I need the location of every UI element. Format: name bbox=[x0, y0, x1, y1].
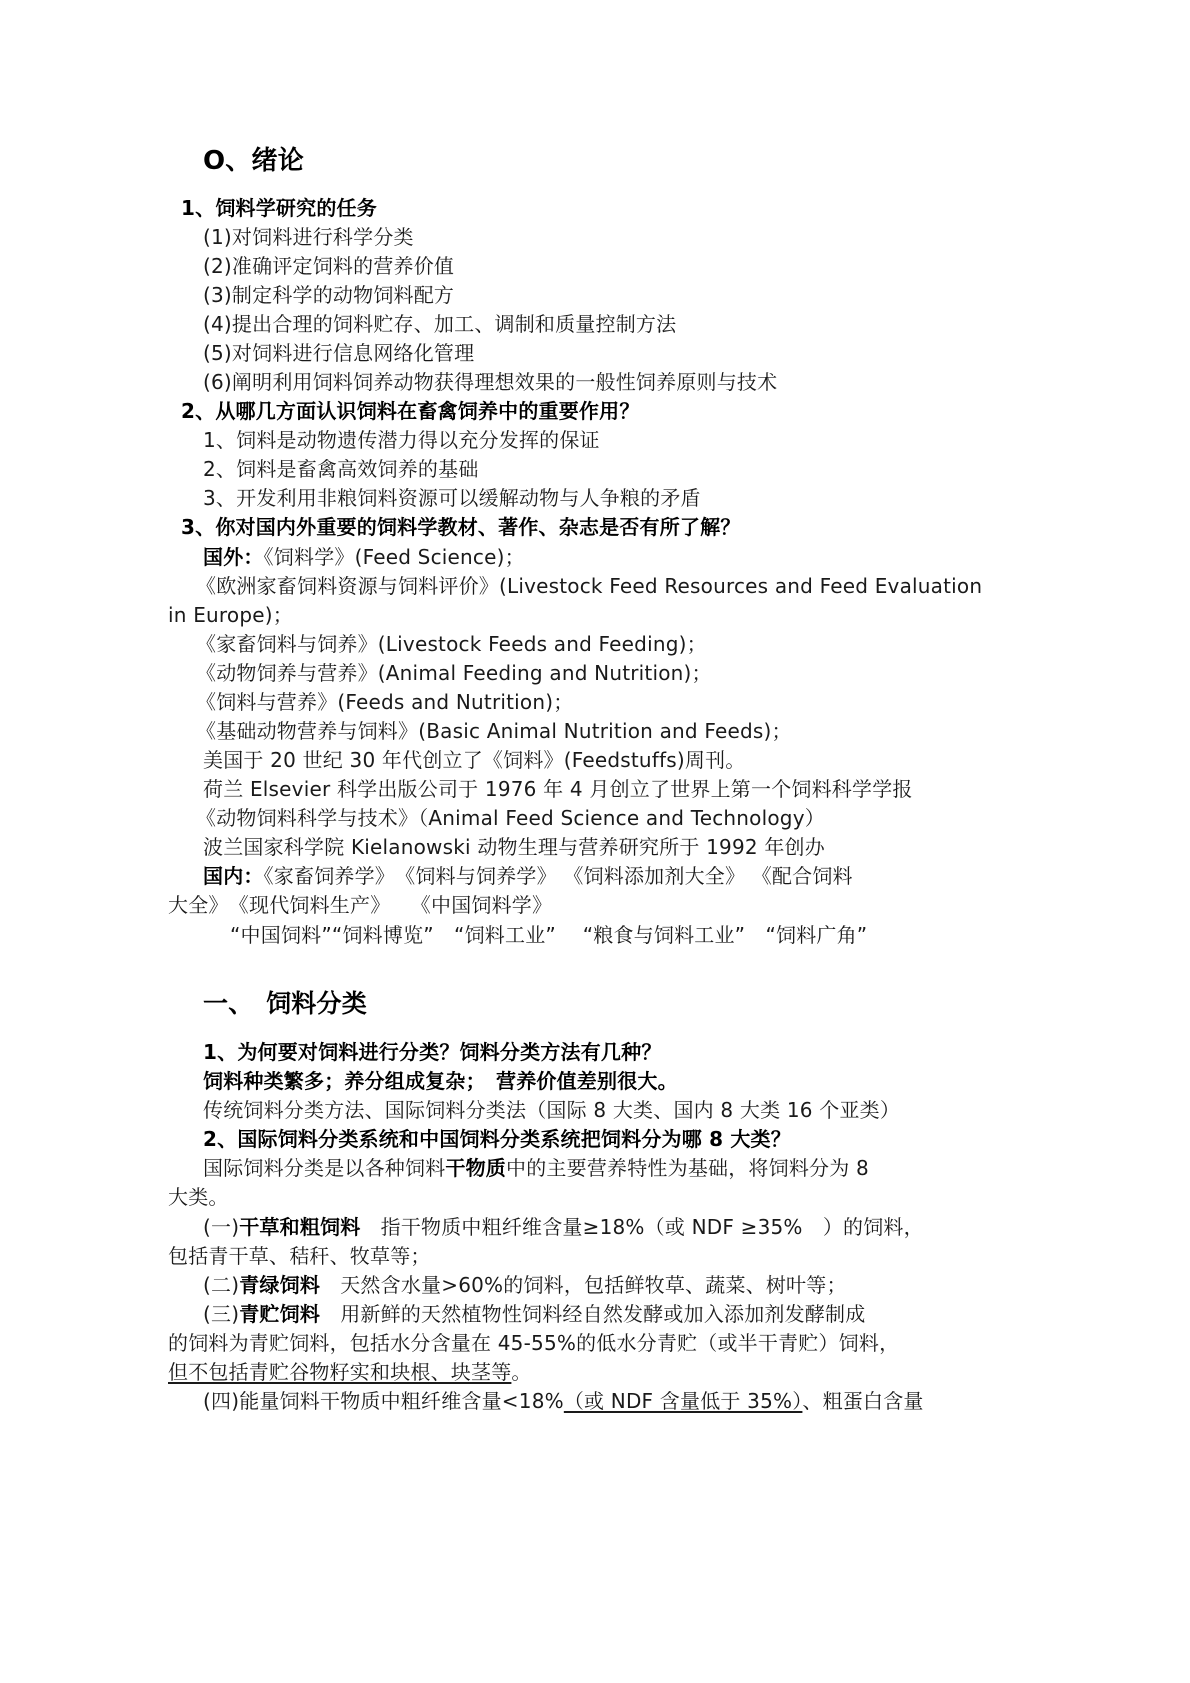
list-item: (3)制定科学的动物饲料配方 bbox=[203, 281, 454, 309]
category-number: (一) bbox=[203, 1215, 239, 1239]
category-description: 用新鲜的天然植物性饲料经自然发酵或加入添加剂发酵制成 bbox=[320, 1302, 865, 1326]
category-name: 青绿饲料 bbox=[239, 1273, 320, 1297]
category-3-continued: 的饲料为青贮饲料，包括水分含量在 45-55%的低水分青贮（或半干青贮）饲料， bbox=[168, 1329, 899, 1357]
list-item: (5)对饲料进行信息网络化管理 bbox=[203, 339, 474, 367]
foreign-label: 国外： bbox=[203, 545, 264, 569]
foreign-books-line: 国外：《饲料学》(Feed Science)； bbox=[203, 543, 525, 571]
list-item: 1、饲料是动物遗传潜力得以充分发挥的保证 bbox=[203, 426, 600, 454]
journal-note: 美国于 20 世纪 30 年代创立了《饲料》(Feedstuffs)周刊。 bbox=[203, 746, 746, 774]
underlined-text: （或 NDF 含量低于 35%） bbox=[564, 1389, 803, 1413]
book-title: 《基础动物营养与饲料》(Basic Animal Nutrition and F… bbox=[196, 717, 792, 745]
journal-note: 《动物饲料科学与技术》（Animal Feed Science and Tech… bbox=[196, 804, 825, 832]
book-title: 《饲料与营养》(Feeds and Nutrition)； bbox=[196, 688, 573, 716]
emphasis-dry-matter: 干物质 bbox=[445, 1156, 506, 1180]
list-item: (6)阐明利用饲料饲养动物获得理想效果的一般性饲养原则与技术 bbox=[203, 368, 777, 396]
section-title-intro: O、绪论 bbox=[203, 147, 304, 175]
question-heading-1: 1、为何要对饲料进行分类？饲料分类方法有几种？ bbox=[203, 1038, 662, 1066]
category-3: (三)青贮饲料 用新鲜的天然植物性饲料经自然发酵或加入添加剂发酵制成 bbox=[203, 1300, 865, 1328]
category-description: (四)能量饲料干物质中粗纤维含量<18% bbox=[203, 1389, 564, 1413]
list-item: 2、饲料是畜禽高效饲养的基础 bbox=[203, 455, 479, 483]
magazine-list: “中国饲料”“饲料博览” “饲料工业” “粮食与饲料工业” “饲料广角” bbox=[230, 921, 867, 949]
category-2: (二)青绿饲料 天然含水量>60%的饲料，包括鲜牧草、蔬菜、树叶等； bbox=[203, 1271, 847, 1299]
text: 。 bbox=[511, 1360, 531, 1384]
book-list-continued: 大全》 《现代饲料生产》 《中国饲料学》 bbox=[168, 891, 552, 919]
book-title: 《动物饲养与营养》(Animal Feeding and Nutrition)； bbox=[196, 659, 712, 687]
intro-paragraph-continued: 大类。 bbox=[168, 1183, 229, 1211]
domestic-label: 国内： bbox=[203, 864, 264, 888]
document-page: O、绪论 1、饲料学研究的任务 (1)对饲料进行科学分类 (2)准确评定饲料的营… bbox=[0, 0, 1190, 1683]
category-1-continued: 包括青干草、秸秆、牧草等； bbox=[168, 1242, 431, 1270]
intro-paragraph: 国际饲料分类是以各种饲料干物质中的主要营养特性为基础，将饲料分为 8 bbox=[203, 1154, 869, 1182]
classification-methods: 传统饲料分类方法、国际饲料分类法（国际 8 大类、国内 8 大类 16 个亚类） bbox=[203, 1096, 900, 1124]
question-heading-2: 2、从哪几方面认识饲料在畜禽饲养中的重要作用？ bbox=[181, 397, 640, 425]
section-title-classification: 一、 饲料分类 bbox=[203, 990, 367, 1018]
text: 中的主要营养特性为基础，将饲料分为 8 bbox=[506, 1156, 869, 1180]
answer-bold: 饲料种类繁多；养分组成复杂； 营养价值差别很大。 bbox=[203, 1067, 678, 1095]
category-number: (三) bbox=[203, 1302, 239, 1326]
question-heading-2: 2、国际饲料分类系统和中国饲料分类系统把饲料分为哪 8 大类？ bbox=[203, 1125, 791, 1153]
category-name: 干草和粗饲料 bbox=[239, 1215, 360, 1239]
book-title: 《家畜饲料与饲养》(Livestock Feeds and Feeding)； bbox=[196, 630, 707, 658]
list-item: (4)提出合理的饲料贮存、加工、调制和质量控制方法 bbox=[203, 310, 676, 338]
list-item: 3、开发利用非粮饲料资源可以缓解动物与人争粮的矛盾 bbox=[203, 484, 701, 512]
category-description: 天然含水量>60%的饲料，包括鲜牧草、蔬菜、树叶等； bbox=[320, 1273, 847, 1297]
domestic-books-line: 国内：《家畜饲养学》 《饲料与饲养学》 《饲料添加剂大全》 《配合饲料 bbox=[203, 862, 853, 890]
book-list: 《家畜饲养学》 《饲料与饲养学》 《饲料添加剂大全》 《配合饲料 bbox=[264, 864, 853, 888]
journal-note: 波兰国家科学院 Kielanowski 动物生理与营养研究所于 1992 年创办 bbox=[203, 833, 825, 861]
book-title-continued: in Europe)； bbox=[168, 601, 293, 629]
book-title: 《欧洲家畜饲料资源与饲料评价》(Livestock Feed Resources… bbox=[196, 572, 982, 600]
question-heading-3: 3、你对国内外重要的饲料学教材、著作、杂志是否有所了解？ bbox=[181, 513, 741, 541]
journal-note: 荷兰 Elsevier 科学出版公司于 1976 年 4 月创立了世界上第一个饲… bbox=[203, 775, 913, 803]
question-heading-1: 1、饲料学研究的任务 bbox=[181, 194, 377, 222]
category-1: (一)干草和粗饲料 指干物质中粗纤维含量≥18%（或 NDF ≥35% ）的饲料… bbox=[203, 1213, 924, 1241]
book-title: 《饲料学》(Feed Science)； bbox=[264, 545, 525, 569]
category-name: 青贮饲料 bbox=[239, 1302, 320, 1326]
category-description: 指干物质中粗纤维含量≥18%（或 NDF ≥35% ）的饲料， bbox=[360, 1215, 923, 1239]
text: 国际饲料分类是以各种饲料 bbox=[203, 1156, 445, 1180]
category-3-continued: 但不包括青贮谷物籽实和块根、块茎等。 bbox=[168, 1358, 532, 1386]
underlined-text: 但不包括青贮谷物籽实和块根、块茎等 bbox=[168, 1360, 511, 1384]
list-item: (1)对饲料进行科学分类 bbox=[203, 223, 414, 251]
category-description: 、粗蛋白含量 bbox=[802, 1389, 923, 1413]
category-4: (四)能量饲料干物质中粗纤维含量<18%（或 NDF 含量低于 35%）、粗蛋白… bbox=[203, 1387, 924, 1415]
category-number: (二) bbox=[203, 1273, 239, 1297]
list-item: (2)准确评定饲料的营养价值 bbox=[203, 252, 454, 280]
